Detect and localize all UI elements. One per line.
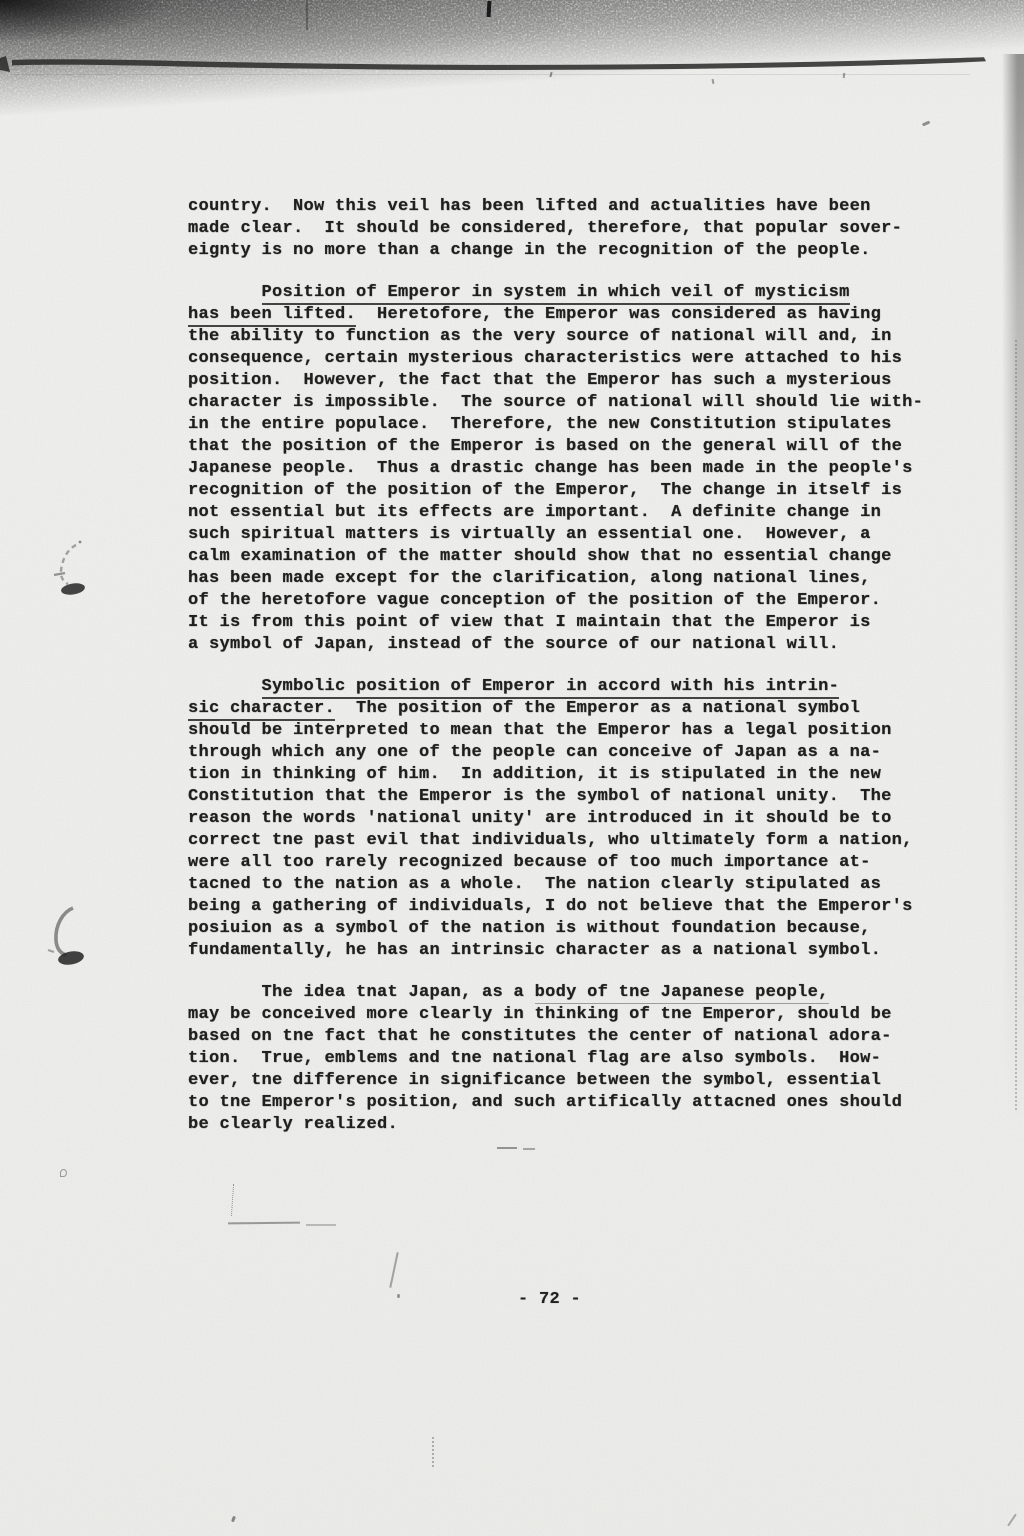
text-line: made clear. It should be considered, the… <box>188 218 928 240</box>
text-line: posiuion as a symbol of the nation is wi… <box>188 918 928 940</box>
text-line: Position of Emperor in system in which v… <box>188 282 928 304</box>
text-line: ever, tne difference in significance bet… <box>188 1070 928 1092</box>
text-line: Japanese people. Thus a drastic change h… <box>188 458 928 480</box>
text-line: country. Now this veil has been lifted a… <box>188 196 928 218</box>
text-line: calm examination of the matter should sh… <box>188 546 928 568</box>
text-line: recognition of the position of the Emper… <box>188 480 928 502</box>
text-line: in the entire populace. Therefore, the n… <box>188 414 928 436</box>
speck-mark <box>711 79 714 84</box>
text-line: may be conceived more clearly in thinkin… <box>188 1004 928 1026</box>
text-line: be clearly realized. <box>188 1114 928 1136</box>
text-line: eignty is no more than a change in the r… <box>188 240 928 262</box>
scanned-document-page: country. Now this veil has been lifted a… <box>0 0 1024 1536</box>
pencil-slash-mark <box>389 1252 398 1288</box>
para-position-of-emperor: Position of Emperor in system in which v… <box>188 282 928 656</box>
speck-mark <box>1007 1514 1016 1527</box>
page-number: - 72 - <box>518 1290 581 1309</box>
text-line: reason the words 'national unity' are in… <box>188 808 928 830</box>
text-line: It is from this point of view that I mai… <box>188 612 928 634</box>
text-line: based on tne fact that he constitutes th… <box>188 1026 928 1048</box>
scan-artifact-right-dotline <box>1015 340 1017 1110</box>
document-body: country. Now this veil has been lifted a… <box>188 196 928 1156</box>
ink-smudge-mark <box>40 898 94 972</box>
text-line: The idea tnat Japan, as a body of tne Ja… <box>188 982 928 1004</box>
text-line: tion. True, emblems and tne national fla… <box>188 1048 928 1070</box>
text-line: tacned to the nation as a whole. The nat… <box>188 874 928 896</box>
text-line: a symbol of Japan, instead of the source… <box>188 634 928 656</box>
text-line: of the heretofore vague conception of th… <box>188 590 928 612</box>
text-line: Symbolic position of Emperor in accord w… <box>188 676 928 698</box>
comma-mark <box>231 1516 236 1523</box>
text-line: were all too rarely recognized because o… <box>188 852 928 874</box>
text-line: that the position of the Emperor is base… <box>188 436 928 458</box>
para-idea-of-japan: The idea tnat Japan, as a body of tne Ja… <box>188 982 928 1136</box>
text-line: fundamentally, he has an intrinsic chara… <box>188 940 928 962</box>
text-line: has been lifted. Heretofore, the Emperor… <box>188 304 928 326</box>
text-line: character is impossible. The source of n… <box>188 392 928 414</box>
text-line: to tne Emperor's position, and such arti… <box>188 1092 928 1114</box>
pen-stroke-mark <box>487 1 491 17</box>
text-line: correct tne past evil that individuals, … <box>188 830 928 852</box>
scan-artifact-corner-shadow <box>0 0 560 110</box>
speck-mark <box>397 1294 400 1298</box>
para-popular-sovereignty: country. Now this veil has been lifted a… <box>188 196 928 262</box>
text-line: has been made except for the clarificati… <box>188 568 928 590</box>
text-line: not essential but its effects are import… <box>188 502 928 524</box>
text-line: should be interpreted to mean that the E… <box>188 720 928 742</box>
text-line: the ability to function as the very sour… <box>188 326 928 348</box>
scan-artifact-grain <box>0 0 1024 115</box>
text-line: position. However, the fact that the Emp… <box>188 370 928 392</box>
para-symbolic-position: Symbolic position of Emperor in accord w… <box>188 676 928 962</box>
text-line: such spiritual matters is virtually an e… <box>188 524 928 546</box>
pencil-line-mark <box>306 1224 336 1226</box>
pencil-curl-mark <box>60 1169 67 1177</box>
text-line: Constitution that the Emperor is the sym… <box>188 786 928 808</box>
text-line: sic character. The position of the Emper… <box>188 698 928 720</box>
pencil-squiggle-mark <box>432 1437 434 1467</box>
ink-smudge-mark <box>46 538 94 602</box>
scan-artifact-line <box>0 56 1000 76</box>
text-line: tion in thinking of him. In addition, it… <box>188 764 928 786</box>
pencil-squiggle-mark <box>231 1184 234 1216</box>
speck-mark <box>922 120 930 126</box>
scan-artifact-line-echo <box>10 74 970 75</box>
scan-artifact-right-streak <box>1002 54 1024 1134</box>
pencil-line-mark <box>228 1222 300 1225</box>
text-line: being a gathering of individuals, I do n… <box>188 896 928 918</box>
text-line: consequence, certain mysterious characte… <box>188 348 928 370</box>
scratch-mark <box>306 0 308 30</box>
text-line: through which any one of the people can … <box>188 742 928 764</box>
